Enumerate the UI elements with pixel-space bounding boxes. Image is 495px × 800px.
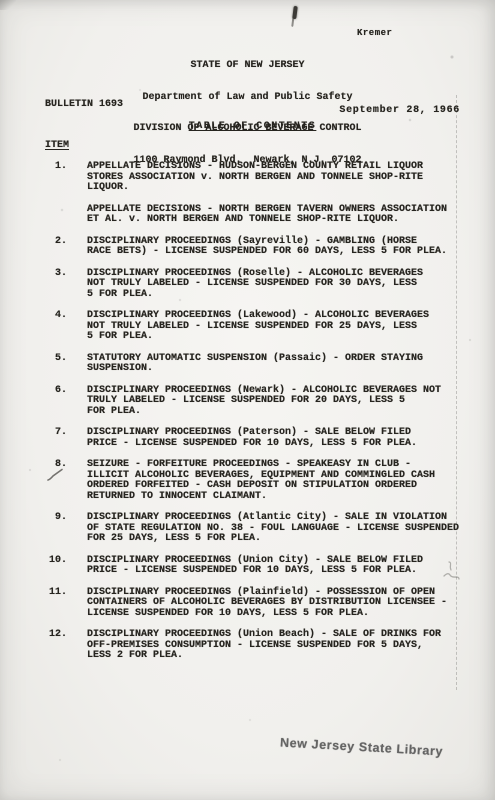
item-column-label: ITEM xyxy=(45,141,69,152)
toc-item-text: STATUTORY AUTOMATIC SUSPENSION (Passaic)… xyxy=(87,354,469,375)
scanned-document-page: Kremer STATE OF NEW JERSEY Department of… xyxy=(0,0,495,800)
table-of-contents-title: TABLE OF CONTENTS xyxy=(0,122,495,133)
toc-item-number: 1. xyxy=(45,162,67,194)
toc-item: 4.DISCIPLINARY PROCEEDINGS (Lakewood) - … xyxy=(45,311,469,343)
toc-item: 9.DISCIPLINARY PROCEEDINGS (Atlantic Cit… xyxy=(45,513,469,545)
bulletin-date: September 28, 1966 xyxy=(339,106,460,117)
toc-item: 10.DISCIPLINARY PROCEEDINGS (Union City)… xyxy=(45,556,469,577)
ink-smudge-mark xyxy=(291,6,298,22)
toc-item: 1.APPELLATE DECISIONS - HUDSON-BERGEN CO… xyxy=(45,162,469,194)
toc-item-gap xyxy=(67,460,87,502)
toc-item-number: 10. xyxy=(45,556,67,577)
bulletin-number: BULLETIN 1693 xyxy=(45,100,123,111)
toc-item-text: DISCIPLINARY PROCEEDINGS (Union City) - … xyxy=(87,556,469,577)
pencil-check-mark xyxy=(46,468,66,482)
toc-item-gap xyxy=(67,354,87,375)
toc-item-text: DISCIPLINARY PROCEEDINGS (Roselle) - ALC… xyxy=(87,269,469,301)
toc-item-text: DISCIPLINARY PROCEEDINGS (Lakewood) - AL… xyxy=(87,311,469,343)
toc-item-gap xyxy=(67,386,87,418)
toc-item-text: DISCIPLINARY PROCEEDINGS (Newark) - ALCO… xyxy=(87,386,469,418)
toc-item-number: 6. xyxy=(45,386,67,418)
toc-item-number xyxy=(45,205,67,226)
toc-item: 3.DISCIPLINARY PROCEEDINGS (Roselle) - A… xyxy=(45,269,469,301)
toc-item-text: APPELLATE DECISIONS - NORTH BERGEN TAVER… xyxy=(87,205,469,226)
toc-item-number: 12. xyxy=(45,630,67,662)
toc-item-gap xyxy=(67,588,87,620)
handwritten-annotation-kremer: Kremer xyxy=(357,28,392,39)
toc-item-text: SEIZURE - FORFEITURE PROCEEDINGS - SPEAK… xyxy=(87,460,469,502)
toc-item-gap xyxy=(67,237,87,258)
toc-item-text: DISCIPLINARY PROCEEDINGS (Union Beach) -… xyxy=(87,630,469,662)
toc-item-gap xyxy=(67,269,87,301)
toc-item-text: APPELLATE DECISIONS - HUDSON-BERGEN COUN… xyxy=(87,162,469,194)
toc-item: 2.DISCIPLINARY PROCEEDINGS (Sayreville) … xyxy=(45,237,469,258)
toc-item-number: 4. xyxy=(45,311,67,343)
toc-item-text: DISCIPLINARY PROCEEDINGS (Sayreville) - … xyxy=(87,237,469,258)
toc-item-gap xyxy=(67,513,87,545)
toc-item: 12.DISCIPLINARY PROCEEDINGS (Union Beach… xyxy=(45,630,469,662)
bulletin-row: BULLETIN 1693 September 28, 1966 xyxy=(45,100,460,111)
toc-item-number: 2. xyxy=(45,237,67,258)
toc-item-text: DISCIPLINARY PROCEEDINGS (Atlantic City)… xyxy=(87,513,469,545)
toc-item-number: 5. xyxy=(45,354,67,375)
letterhead-state-line: STATE OF NEW JERSEY xyxy=(0,61,495,72)
toc-item-number: 11. xyxy=(45,588,67,620)
scan-corner-shade xyxy=(0,0,16,10)
library-stamp: New Jersey State Library xyxy=(280,735,444,758)
pencil-squiggle-mark xyxy=(440,560,462,590)
toc-item-gap xyxy=(67,205,87,226)
toc-item-number: 3. xyxy=(45,269,67,301)
toc-item-gap xyxy=(67,311,87,343)
toc-item-text: DISCIPLINARY PROCEEDINGS (Paterson) - SA… xyxy=(87,428,469,449)
toc-item: 8.SEIZURE - FORFEITURE PROCEEDINGS - SPE… xyxy=(45,460,469,502)
toc-item: 11.DISCIPLINARY PROCEEDINGS (Plainfield)… xyxy=(45,588,469,620)
toc-item-list: 1.APPELLATE DECISIONS - HUDSON-BERGEN CO… xyxy=(45,162,469,673)
toc-item-number: 9. xyxy=(45,513,67,545)
toc-item-gap xyxy=(67,162,87,194)
toc-item-number: 7. xyxy=(45,428,67,449)
toc-item: 6.DISCIPLINARY PROCEEDINGS (Newark) - AL… xyxy=(45,386,469,418)
toc-item: 5.STATUTORY AUTOMATIC SUSPENSION (Passai… xyxy=(45,354,469,375)
toc-item-text: DISCIPLINARY PROCEEDINGS (Plainfield) - … xyxy=(87,588,469,620)
toc-item-gap xyxy=(67,630,87,662)
toc-item: 7.DISCIPLINARY PROCEEDINGS (Paterson) - … xyxy=(45,428,469,449)
toc-item-gap xyxy=(67,428,87,449)
toc-item: APPELLATE DECISIONS - NORTH BERGEN TAVER… xyxy=(45,205,469,226)
paper-crease-line xyxy=(456,95,457,690)
toc-item-gap xyxy=(67,556,87,577)
